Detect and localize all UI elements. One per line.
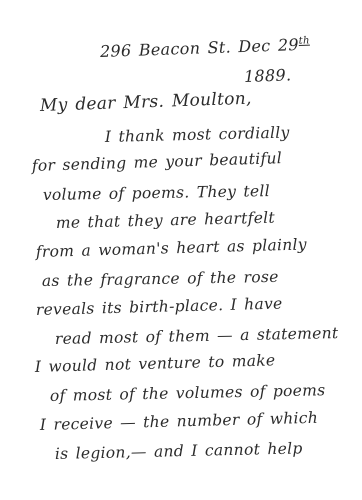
letter-heading-year: 1889. [244,65,292,86]
letter-salutation: My dear Mrs. Moulton, [40,89,252,116]
letter-body: I thank most cordially for sending me yo… [32,128,352,474]
letter-page: 296 Beacon St. Dec 29th 1889. My dear Mr… [0,0,362,500]
date-ordinal-suffix: th [299,35,310,46]
letter-line: for sending me your beautiful [32,147,353,186]
letter-line: is legion,— and I cannot help [55,438,353,474]
letter-heading-address-date: 296 Beacon St. Dec 29th [100,35,311,61]
address-date-text: 296 Beacon St. Dec 29 [100,35,299,61]
